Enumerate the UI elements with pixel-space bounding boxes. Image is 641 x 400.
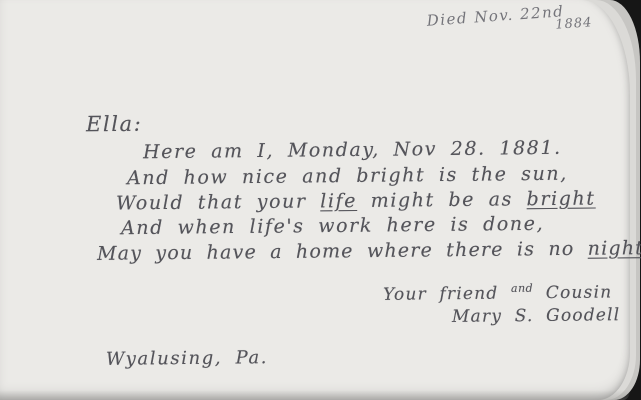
poem-line-3: Would that your life might be as bright <box>116 187 596 214</box>
album-page: Died Nov. 22nd 1884 Ella: Here am I, Mon… <box>0 0 630 400</box>
place-line: Wyalusing, Pa. <box>106 347 268 370</box>
signature-text-c: Cousin <box>533 282 612 303</box>
death-note: Died Nov. 22nd 1884 <box>426 0 593 41</box>
poem-line-3-text-a: Would that your <box>116 190 320 214</box>
death-note-year: 1884 <box>555 15 593 33</box>
poem-line-2: And how nice and bright is the sun, <box>127 163 568 190</box>
signature-name: Mary S. Goodell <box>452 305 621 327</box>
poem-line-5-text-a: May you have a home where there is no <box>97 238 588 265</box>
underlined-word-bright: bright <box>527 187 596 210</box>
salutation: Ella: <box>86 112 143 137</box>
page-bottom-shadow <box>0 390 630 400</box>
poem-line-4: And when life's work here is done, <box>121 213 544 239</box>
signature-line: Your friend and Cousin <box>383 281 613 305</box>
poem-line-1: Here am I, Monday, Nov 28. 1881. <box>143 137 562 163</box>
poem-line-3-text-c: might be as <box>357 188 527 212</box>
death-note-text: Died Nov. 22nd <box>426 2 565 30</box>
underlined-word-night: night <box>588 237 641 260</box>
signature-text-a: Your friend <box>383 284 511 305</box>
album-scan: Died Nov. 22nd 1884 Ella: Here am I, Mon… <box>0 0 641 400</box>
poem-line-5: May you have a home where there is no ni… <box>97 237 641 265</box>
underlined-word-life: life <box>320 190 357 212</box>
signature-superscript-and: and <box>511 282 533 295</box>
